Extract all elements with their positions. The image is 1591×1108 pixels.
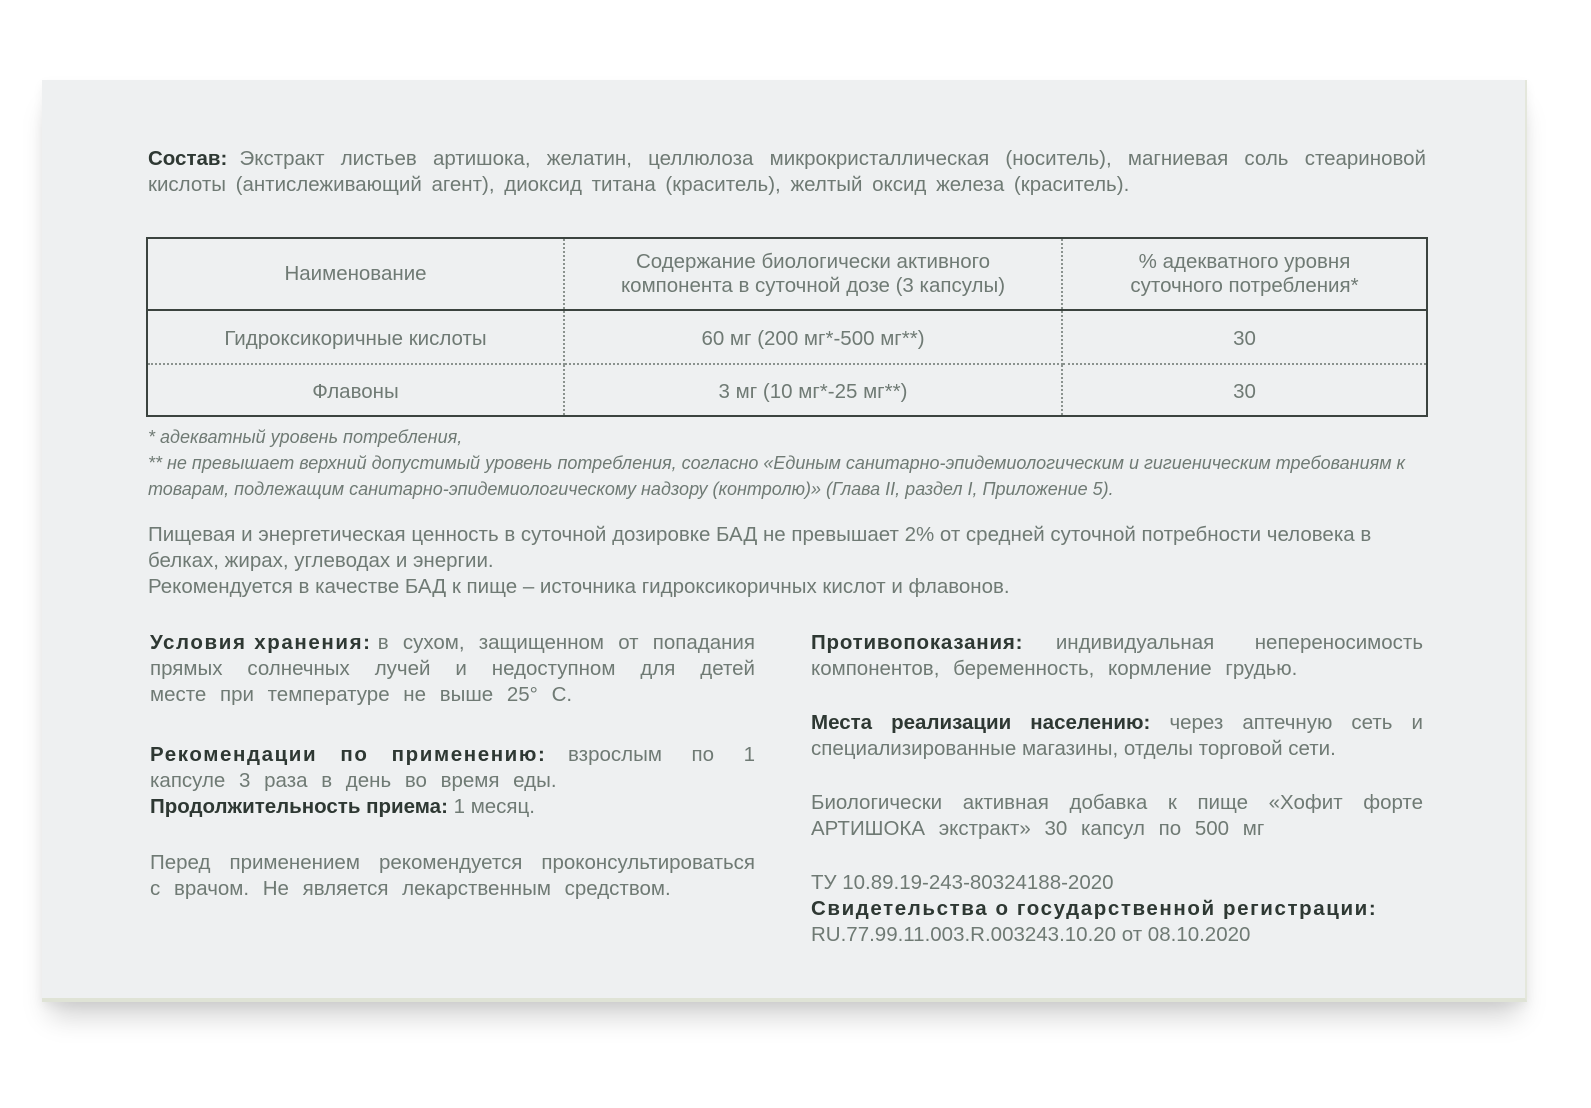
duration: Продолжительность приема: 1 месяц. bbox=[150, 794, 755, 820]
product-description: Биологически активная добавка к пище «Хо… bbox=[811, 790, 1423, 842]
contraindications: Противопоказания: индивидуальная неперен… bbox=[811, 630, 1423, 682]
header-percent: % адекватного уровня суточного потреблен… bbox=[1062, 238, 1427, 310]
sales-places: Места реализации населению: через аптечн… bbox=[811, 710, 1423, 762]
usage-label: Рекомендации по применению: bbox=[150, 743, 546, 766]
row-name: Флавоны bbox=[147, 364, 564, 416]
row-percent: 30 bbox=[1062, 310, 1427, 364]
header-content: Содержание биологически активного компон… bbox=[564, 238, 1062, 310]
table-row: Гидроксикоричные кислоты 60 мг (200 мг*-… bbox=[147, 310, 1427, 364]
energy-value-note: Пищевая и энергетическая ценность в суто… bbox=[148, 522, 1428, 600]
consult-note: Перед применением рекомендуется проконсу… bbox=[150, 850, 755, 902]
row-content: 60 мг (200 мг*-500 мг**) bbox=[564, 310, 1062, 364]
footnotes: * адекватный уровень потребления, ** не … bbox=[148, 424, 1428, 502]
contraindications-label: Противопоказания: bbox=[811, 631, 1023, 654]
header-content-text: Содержание биологически активного компон… bbox=[593, 250, 1033, 298]
storage-conditions: Условия хранения: в сухом, защищенном от… bbox=[150, 630, 755, 708]
footnote-1: * адекватный уровень потребления, bbox=[148, 424, 1428, 450]
header-name: Наименование bbox=[147, 238, 564, 310]
right-column: Противопоказания: индивидуальная неперен… bbox=[811, 630, 1423, 948]
storage-label: Условия хранения: bbox=[150, 631, 372, 654]
duration-label: Продолжительность приема: bbox=[150, 795, 448, 818]
table-row: Флавоны 3 мг (10 мг*-25 мг**) 30 bbox=[147, 364, 1427, 416]
row-percent: 30 bbox=[1062, 364, 1427, 416]
row-content: 3 мг (10 мг*-25 мг**) bbox=[564, 364, 1062, 416]
sales-label: Места реализации населению: bbox=[811, 711, 1150, 734]
row-name: Гидроксикоричные кислоты bbox=[147, 310, 564, 364]
table-header-row: Наименование Содержание биологически акт… bbox=[147, 238, 1427, 310]
composition-label: Состав: bbox=[148, 147, 227, 170]
duration-text: 1 месяц. bbox=[454, 795, 535, 818]
header-percent-text: % адекватного уровня суточного потреблен… bbox=[1110, 250, 1380, 298]
usage-recommendations: Рекомендации по применению: взрослым по … bbox=[150, 742, 755, 794]
composition: Состав: Экстракт листьев артишока, желат… bbox=[148, 146, 1426, 198]
energy-line-2: Рекомендуется в качестве БАД к пище – ис… bbox=[148, 574, 1428, 600]
registration-label: Свидетельства о государственной регистра… bbox=[811, 896, 1423, 922]
package-back-panel: Состав: Экстракт листьев артишока, желат… bbox=[42, 80, 1527, 1002]
registration-number: RU.77.99.11.003.R.003243.10.20 от 08.10.… bbox=[811, 922, 1423, 948]
energy-line-1: Пищевая и энергетическая ценность в суто… bbox=[148, 522, 1428, 574]
nutrition-table: Наименование Содержание биологически акт… bbox=[146, 237, 1428, 417]
left-column: Условия хранения: в сухом, защищенном от… bbox=[150, 630, 755, 902]
composition-text: Экстракт листьев артишока, желатин, целл… bbox=[148, 147, 1426, 196]
tu-number: ТУ 10.89.19-243-80324188-2020 bbox=[811, 870, 1423, 896]
footnote-2: ** не превышает верхний допустимый урове… bbox=[148, 450, 1428, 502]
